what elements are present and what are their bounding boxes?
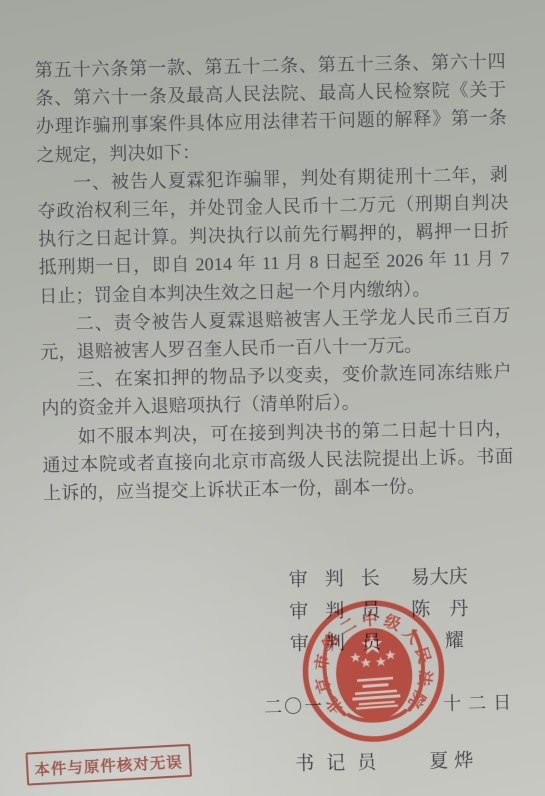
seal-char: 北 <box>320 692 348 719</box>
court-seal-text: 北京市第二中级人民法院 <box>293 591 453 751</box>
judgment-body: 第五十六条第一款、第五十二条、第五十三条、第六十四条、第六十一条及最高人民法院、… <box>35 47 515 507</box>
judge-2-name: 耀 <box>445 625 465 652</box>
seal-char: 市 <box>309 652 334 672</box>
body-paragraph-appeal-notice: 如不服本判决，可在接到判决书的第二日起十日内，通过本院或者直接向北京市高级人民法… <box>42 414 515 508</box>
presiding-judge-name: 易大庆 <box>410 561 468 589</box>
seal-char: 第 <box>316 627 344 653</box>
seal-char: 二 <box>335 611 360 639</box>
court-seal: 北京市第二中级人民法院 <box>293 591 453 751</box>
document-photo: 第五十六条第一款、第五十二条、第五十三条、第六十四条、第六十一条及最高人民法院、… <box>0 0 545 796</box>
seal-char: 法 <box>414 669 439 688</box>
signature-judge-1: 审判员 陈 丹 <box>5 592 545 628</box>
judgment-date: 二〇一 十二日 <box>7 688 545 722</box>
seal-char: 中 <box>361 606 379 630</box>
seal-char: 级 <box>381 608 404 635</box>
seal-char: 人 <box>398 621 426 648</box>
seal-char: 民 <box>411 644 438 666</box>
judgment-page: 第五十六条第一款、第五十二条、第五十三条、第六十四条、第六十一条及最高人民法院、… <box>0 0 545 796</box>
clerk-name: 夏烨 <box>429 745 480 773</box>
body-paragraph-legal-basis: 第五十六条第一款、第五十二条、第五十三条、第六十四条、第六十一条及最高人民法院、… <box>35 47 508 169</box>
body-paragraph-item-3: 三、在案扣押的物品予以变卖，变价款连同冻结账户内的资金并入退赔项执行（清单附后）… <box>41 358 513 423</box>
body-paragraph-item-1: 一、被告人夏霖犯诈骗罪，判处有期徒刑十二年，剥夺政治权利三年，并处罚金人民币十二… <box>37 160 511 310</box>
seal-char: 院 <box>404 687 432 713</box>
judgment-date-right: 十二日 <box>443 688 518 715</box>
seal-char: 京 <box>309 675 335 697</box>
clerk-role: 书记员 <box>295 747 389 776</box>
presiding-judge-role: 审判长 <box>288 563 397 592</box>
verification-stamp: 本件与原件核对无误 <box>25 744 191 786</box>
body-paragraph-item-2: 二、责令被告人夏霖退赔被害人王学龙人民币三百万元，退赔被害人罗召奎人民币一百八十… <box>39 301 511 366</box>
signature-presiding-judge: 审判长 易大庆 <box>4 560 545 596</box>
signature-judge-2: 审判员 耀 <box>6 624 545 660</box>
